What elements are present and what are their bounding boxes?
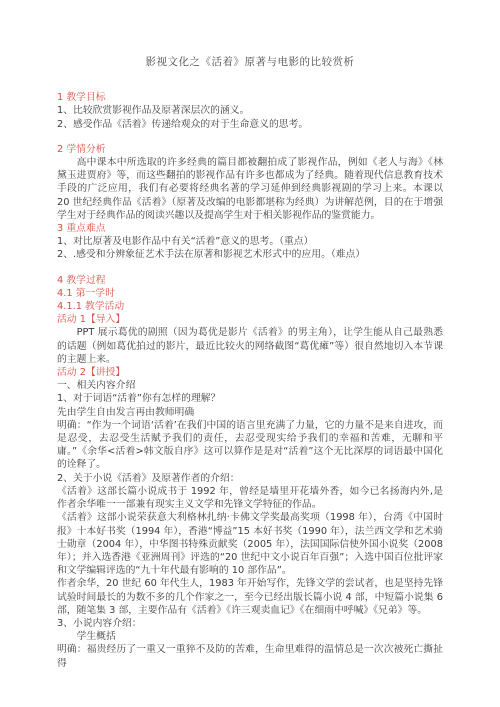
key-point-item-2: 2、.感受和分辨象征艺术手法在原著和影视艺术形式中的应用。（难点） xyxy=(57,248,443,261)
document-title: 影视文化之《活着》原著与电影的比较赏析 xyxy=(57,56,443,69)
activity-2-line-intro: 一、相关内容介绍 xyxy=(57,379,443,392)
section-4-heading: 4 教学过程 xyxy=(57,274,443,287)
objective-item-1: 1、比较欣赏影视作品及原著深层次的涵义。 xyxy=(57,104,443,117)
activity-2-clarify-paragraph: 明确：“作为一个词语‘活着’在我们中国的语言里充满了力量，它的力量不是来自进攻，… xyxy=(57,419,443,472)
activity-2-question-1: 1、对于词语“活着”你有怎样的理解？ xyxy=(57,392,443,405)
document-page: 影视文化之《活着》原著与电影的比较赏析 1 教学目标 1、比较欣赏影视作品及原著… xyxy=(0,0,500,707)
section-1-heading: 1 教学目标 xyxy=(57,91,443,104)
learner-analysis-paragraph: 高中课本中所选取的许多经典的篇目都被翻拍成了影视作品，例如《老人与海》《林黛玉进… xyxy=(57,156,443,222)
section-2-heading: 2 学情分析 xyxy=(57,143,443,156)
novel-awards-paragraph: 《活着》这部小说荣获意大利格林扎纳·卡佛文学奖最高奖项（1998 年），台湾《中… xyxy=(57,511,443,577)
student-summary-label: 学生概括 xyxy=(57,630,443,643)
blank-line xyxy=(57,131,443,143)
activity-2-heading: 活动 2【讲授】 xyxy=(57,366,443,379)
activity-1-paragraph: PPT 展示葛优的剧照（因为葛优是影片《活着》的男主角），让学生能从自己最熟悉的… xyxy=(57,326,443,366)
section-3-heading: 3 重点难点 xyxy=(57,222,443,235)
section-4-1-subheading: 4.1 第一学时 xyxy=(57,287,443,300)
key-point-item-1: 1、对比原著及电影作品中有关“活着”意义的思考。（重点） xyxy=(57,235,443,248)
blank-line xyxy=(57,262,443,274)
activity-2-instruction: 先由学生自由发言再由教师明确 xyxy=(57,406,443,419)
section-4-1-1-subheading: 4.1.1 教学活动 xyxy=(57,300,443,313)
plot-summary-paragraph: 明确：福贵经历了一重又一重猝不及防的苦难，生命里难得的温情总是一次次被死亡撕扯得 xyxy=(57,643,443,669)
novel-background-paragraph: 《活着》这部长篇小说成书于 1992 年，曾经是墙里开花墙外香，如今已名扬海内外… xyxy=(57,485,443,511)
author-bio-paragraph: 作者余华，20 世纪 60 年代生人，1983 年开始写作，先锋文学的尝试者，也… xyxy=(57,577,443,617)
objective-item-2: 2、感受作品《活着》传递给观众的对于生命意义的思考。 xyxy=(57,118,443,131)
activity-2-novel-intro-heading: 2、关于小说《活着》及原著作者的介绍： xyxy=(57,472,443,485)
novel-content-heading: 3、小说内容介绍： xyxy=(57,617,443,630)
activity-1-heading: 活动 1【导入】 xyxy=(57,313,443,326)
